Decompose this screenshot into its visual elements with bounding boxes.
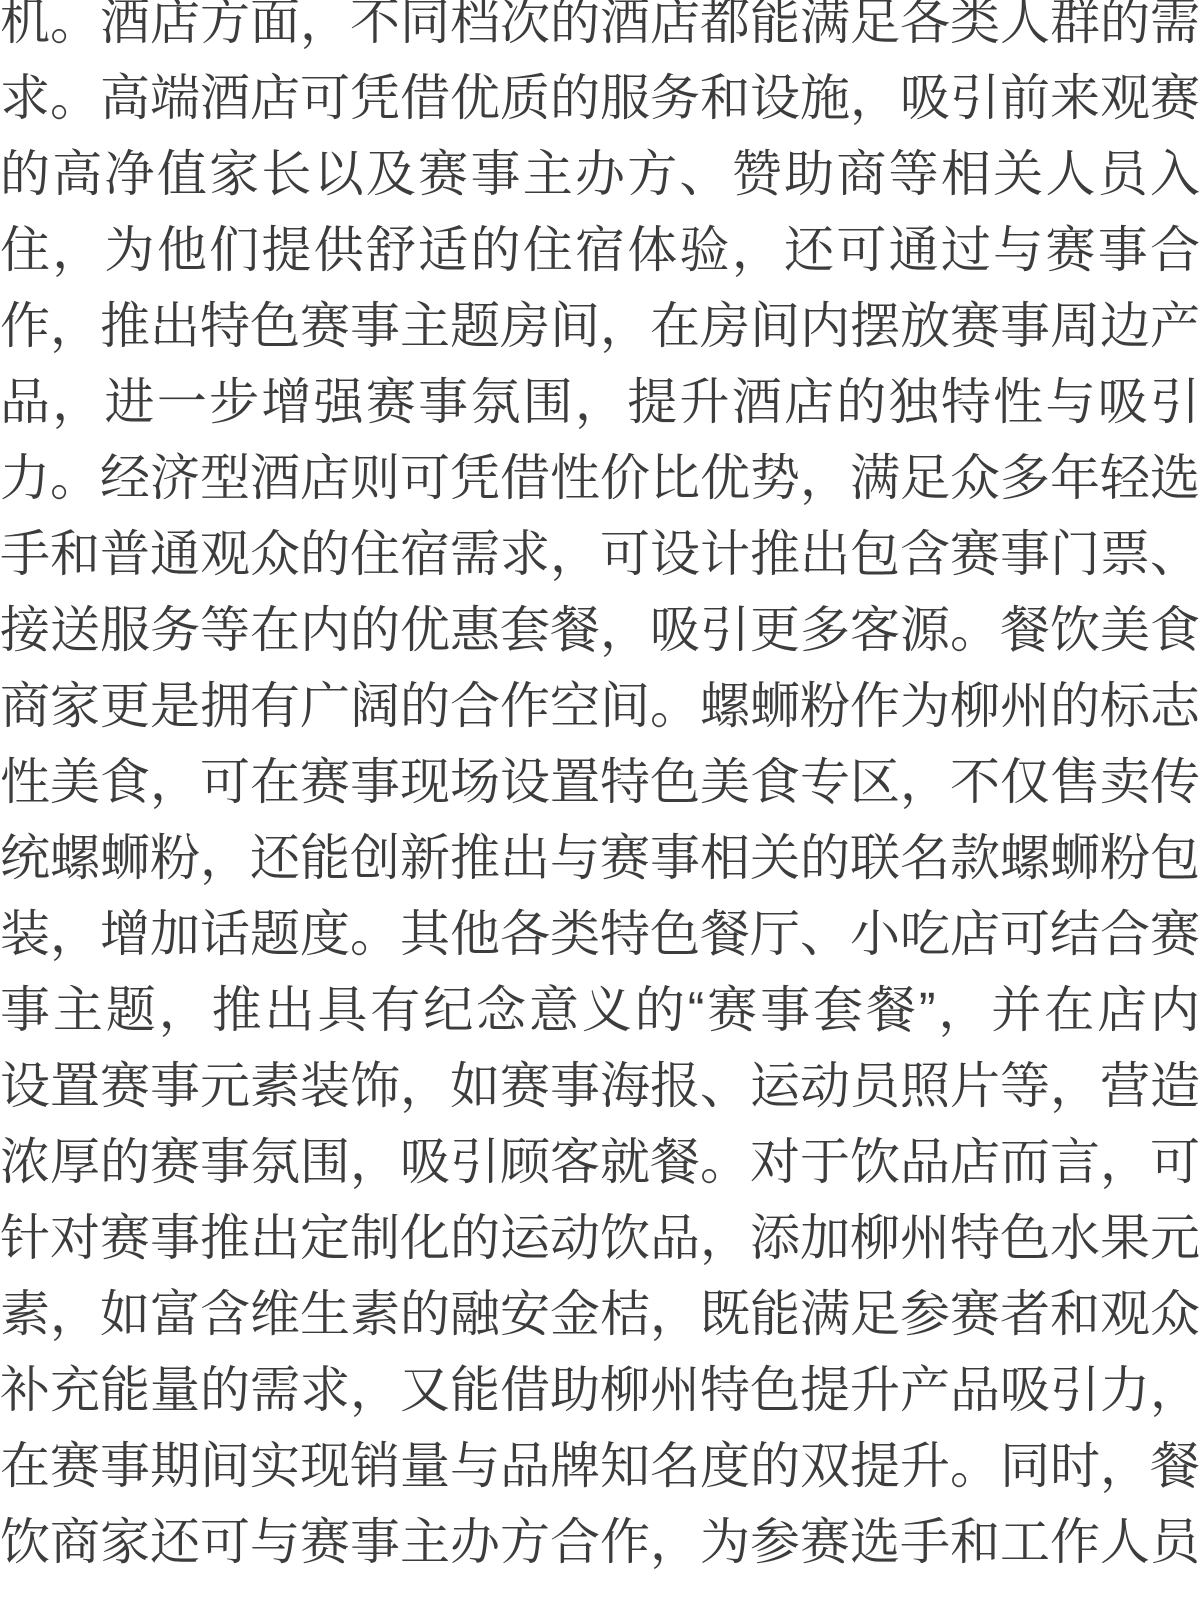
- text-line: 补充能量的需求，又能借助柳州特色提升产品吸引力，: [0, 1352, 1200, 1428]
- text-line: 浓厚的赛事氛围，吸引顾客就餐。对于饮品店而言，可: [0, 1124, 1200, 1200]
- text-line: 在赛事期间实现销量与品牌知名度的双提升。同时，餐: [0, 1428, 1200, 1504]
- text-line: 商家更是拥有广阔的合作空间。螺蛳粉作为柳州的标志: [0, 668, 1200, 744]
- text-line: 住，为他们提供舒适的住宿体验，还可通过与赛事合: [0, 212, 1200, 288]
- text-line: 接送服务等在内的优惠套餐，吸引更多客源。餐饮美食: [0, 592, 1200, 668]
- text-line: 饮商家还可与赛事主办方合作，为参赛选手和工作人员: [0, 1504, 1200, 1580]
- text-line: 设置赛事元素装饰，如赛事海报、运动员照片等，营造: [0, 1048, 1200, 1124]
- text-line: 装，增加话题度。其他各类特色餐厅、小吃店可结合赛: [0, 896, 1200, 972]
- text-line: 品，进一步增强赛事氛围，提升酒店的独特性与吸引: [0, 364, 1200, 440]
- text-line: 的高净值家长以及赛事主办方、赞助商等相关人员入: [0, 136, 1200, 212]
- text-line: 手和普通观众的住宿需求，可设计推出包含赛事门票、: [0, 516, 1200, 592]
- document-page: 机。酒店方面，不同档次的酒店都能满足各类人群的需 求。高端酒店可凭借优质的服务和…: [0, 0, 1200, 1580]
- text-line: 针对赛事推出定制化的运动饮品，添加柳州特色水果元: [0, 1200, 1200, 1276]
- text-line: 力。经济型酒店则可凭借性价比优势，满足众多年轻选: [0, 440, 1200, 516]
- text-line: 素，如富含维生素的融安金桔，既能满足参赛者和观众: [0, 1276, 1200, 1352]
- text-line: 求。高端酒店可凭借优质的服务和设施，吸引前来观赛: [0, 60, 1200, 136]
- text-line: 事主题，推出具有纪念意义的“赛事套餐”，并在店内: [0, 972, 1200, 1048]
- text-line: 机。酒店方面，不同档次的酒店都能满足各类人群的需: [0, 0, 1200, 60]
- text-line: 作，推出特色赛事主题房间，在房间内摆放赛事周边产: [0, 288, 1200, 364]
- text-line: 统螺蛳粉，还能创新推出与赛事相关的联名款螺蛳粉包: [0, 820, 1200, 896]
- text-line: 性美食，可在赛事现场设置特色美食专区，不仅售卖传: [0, 744, 1200, 820]
